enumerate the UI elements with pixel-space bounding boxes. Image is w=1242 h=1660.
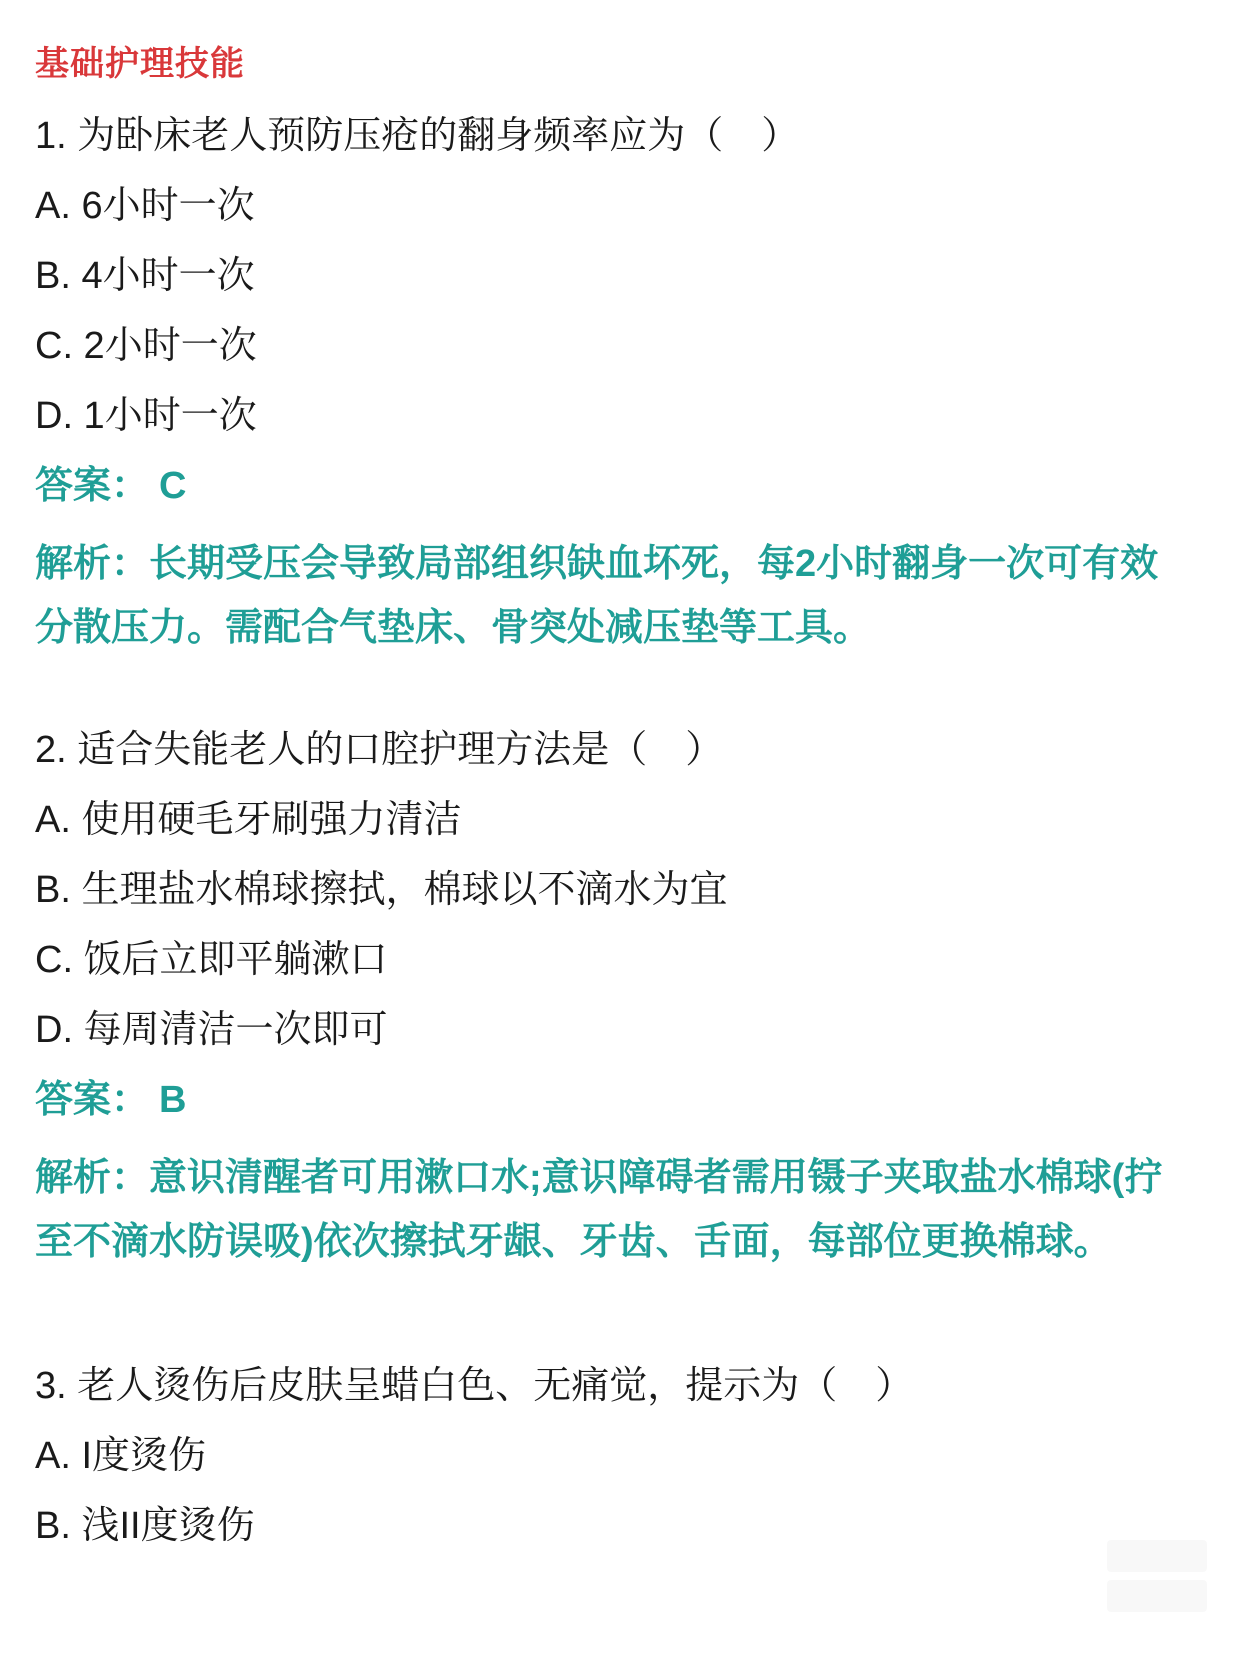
question-1-option-b: B. 4小时一次 bbox=[35, 252, 1182, 300]
question-1-answer-line: 答案：C bbox=[35, 462, 1182, 510]
question-3-stem: 3. 老人烫伤后皮肤呈蜡白色、无痛觉，提示为（ ） bbox=[35, 1362, 1182, 1410]
question-1-stem: 1. 为卧床老人预防压疮的翻身频率应为（ ） bbox=[35, 112, 1182, 160]
question-2-option-c: C. 饭后立即平躺漱口 bbox=[35, 936, 1182, 984]
answer-label: 答案： bbox=[35, 1079, 149, 1121]
worksheet: 基础护理技能 1. 为卧床老人预防压疮的翻身频率应为（ ） A. 6小时一次 B… bbox=[35, 44, 1182, 1550]
question-1-analysis: 解析：长期受压会导致局部组织缺血坏死，每2小时翻身一次可有效分散压力。需配合气垫… bbox=[35, 532, 1182, 660]
answer-value: C bbox=[159, 465, 186, 507]
analysis-label: 解析： bbox=[35, 543, 149, 585]
question-3-option-a: A. I度烫伤 bbox=[35, 1432, 1182, 1480]
question-1-option-d: D. 1小时一次 bbox=[35, 392, 1182, 440]
question-1: 1. 为卧床老人预防压疮的翻身频率应为（ ） A. 6小时一次 B. 4小时一次… bbox=[35, 112, 1182, 660]
question-2-stem: 2. 适合失能老人的口腔护理方法是（ ） bbox=[35, 726, 1182, 774]
question-2: 2. 适合失能老人的口腔护理方法是（ ） A. 使用硬毛牙刷强力清洁 B. 生理… bbox=[35, 726, 1182, 1274]
question-3: 3. 老人烫伤后皮肤呈蜡白色、无痛觉，提示为（ ） A. I度烫伤 B. 浅II… bbox=[35, 1362, 1182, 1550]
question-2-answer-line: 答案：B bbox=[35, 1076, 1182, 1124]
analysis-label: 解析： bbox=[35, 1157, 149, 1199]
question-2-option-a: A. 使用硬毛牙刷强力清洁 bbox=[35, 796, 1182, 844]
question-3-option-b: B. 浅II度烫伤 bbox=[35, 1502, 1182, 1550]
analysis-text: 意识清醒者可用漱口水;意识障碍者需用镊子夹取盐水棉球(拧至不滴水防误吸)依次擦拭… bbox=[35, 1157, 1162, 1263]
answer-label: 答案： bbox=[35, 465, 149, 507]
question-1-option-a: A. 6小时一次 bbox=[35, 182, 1182, 230]
watermark bbox=[1107, 1540, 1207, 1618]
answer-value: B bbox=[159, 1079, 186, 1121]
question-2-option-b: B. 生理盐水棉球擦拭，棉球以不滴水为宜 bbox=[35, 866, 1182, 914]
page-title: 基础护理技能 bbox=[35, 44, 1182, 84]
analysis-text: 长期受压会导致局部组织缺血坏死，每2小时翻身一次可有效分散压力。需配合气垫床、骨… bbox=[35, 543, 1158, 649]
question-2-option-d: D. 每周清洁一次即可 bbox=[35, 1006, 1182, 1054]
question-2-analysis: 解析：意识清醒者可用漱口水;意识障碍者需用镊子夹取盐水棉球(拧至不滴水防误吸)依… bbox=[35, 1146, 1182, 1274]
quiz-page: { "page": { "title": "基础护理技能", "colors":… bbox=[0, 0, 1242, 1660]
question-1-option-c: C. 2小时一次 bbox=[35, 322, 1182, 370]
